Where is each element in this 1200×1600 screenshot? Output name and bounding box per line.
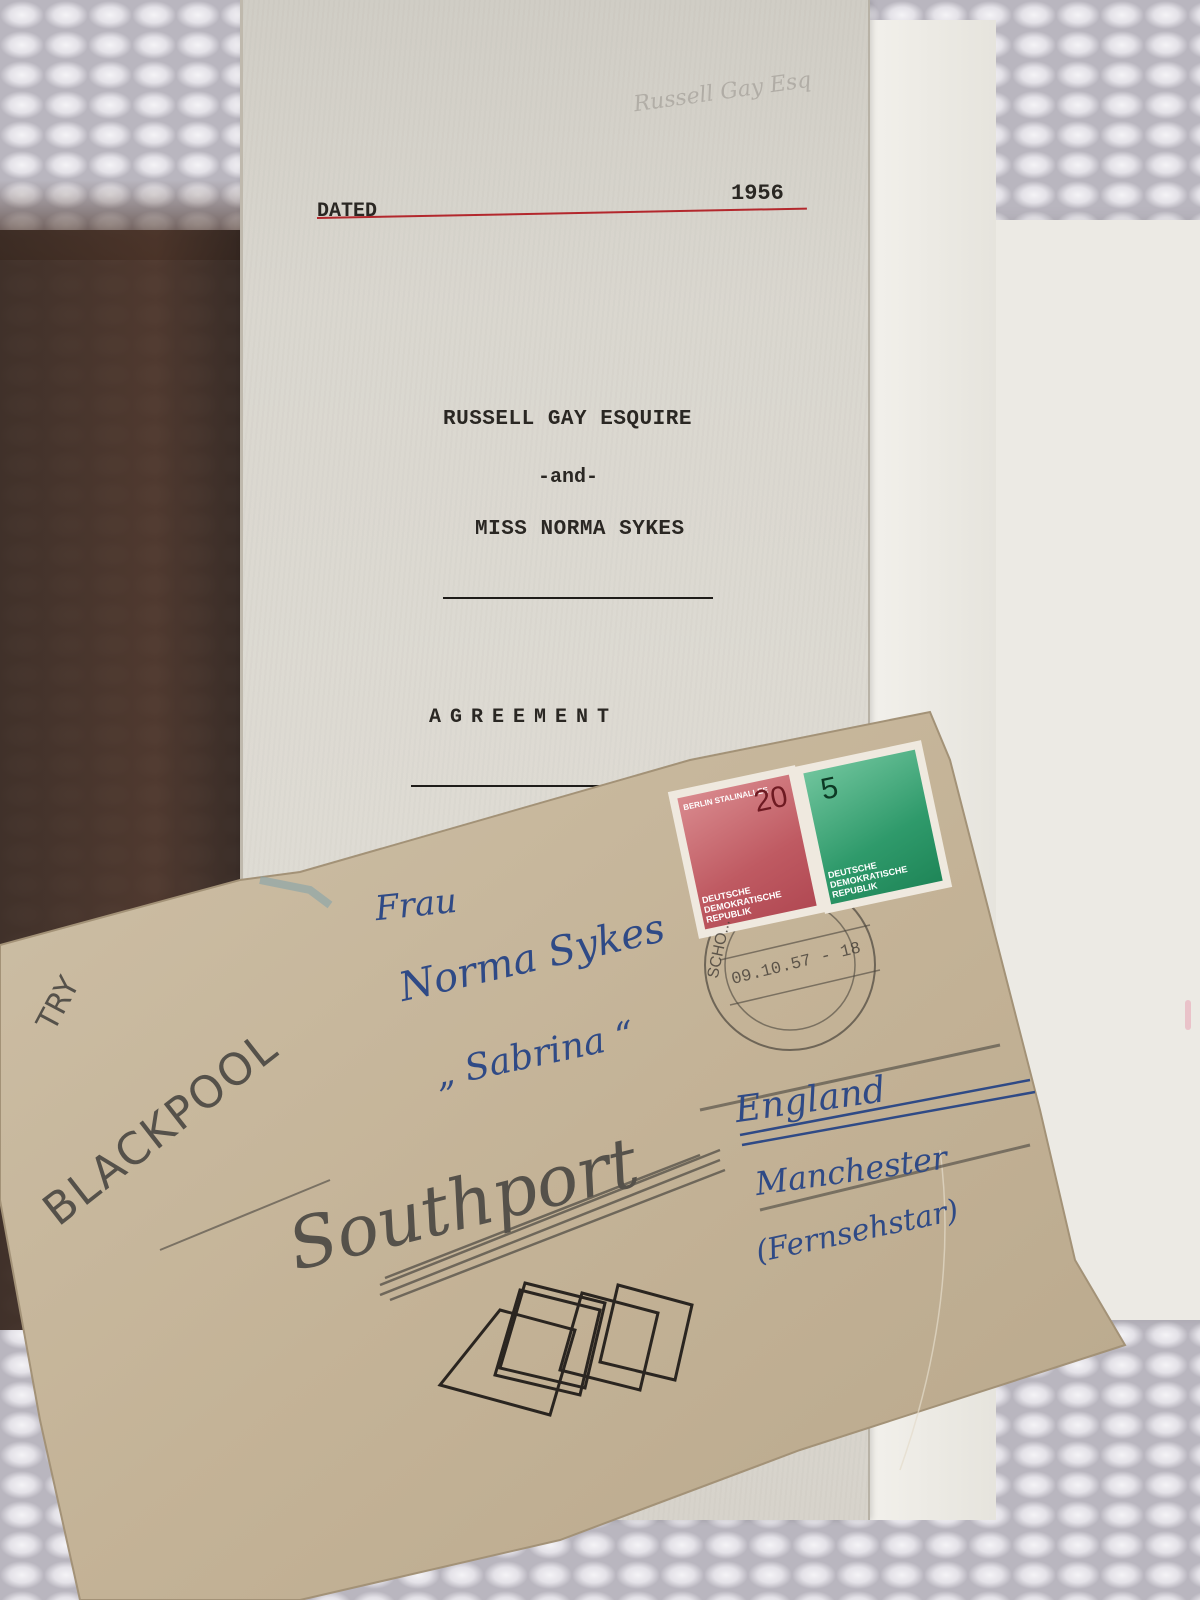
party-one: RUSSELL GAY ESQUIRE xyxy=(443,408,692,431)
shadow-area xyxy=(0,230,260,1330)
dated-label: DATED xyxy=(317,200,377,223)
red-rule xyxy=(317,208,807,219)
dated-year: 1956 xyxy=(731,181,784,206)
party-two: MISS NORMA SYKES xyxy=(475,518,685,541)
document-fold-back xyxy=(860,20,996,1520)
divider xyxy=(443,597,713,599)
conjunction: -and- xyxy=(538,466,598,489)
divider xyxy=(411,785,691,787)
pink-mark xyxy=(1185,1000,1191,1030)
pencil-note: Russell Gay Esq xyxy=(632,68,813,118)
document-title: AGREEMENT xyxy=(429,706,618,729)
legal-agreement-document: Russell Gay Esq DATED 1956 RUSSELL GAY E… xyxy=(240,0,870,1520)
white-sheet xyxy=(990,220,1200,1320)
